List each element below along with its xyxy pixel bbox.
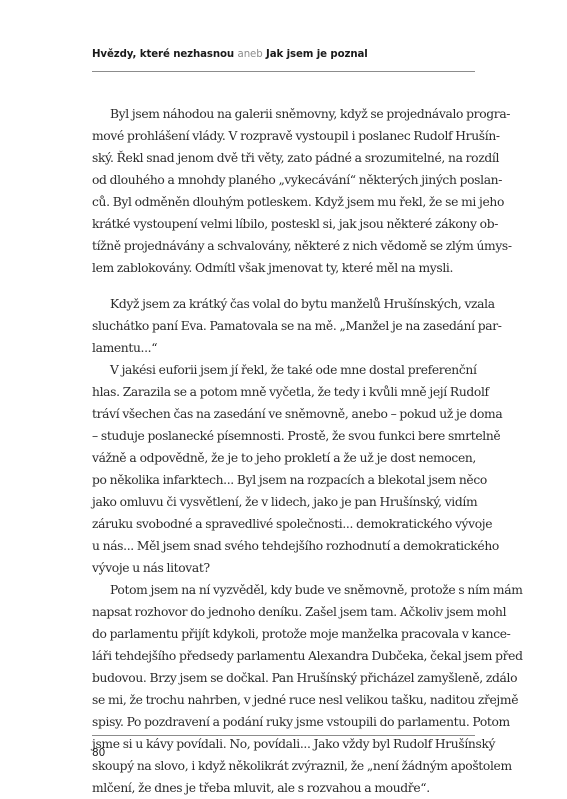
header-rule (92, 71, 475, 72)
paragraph-4: Potom jsem na ní vyzvěděl, kdy bude ve s… (92, 579, 476, 799)
text-line: od dlouhého a mnohdy planého „vykecávání… (92, 169, 476, 191)
text-line: vážně a odpovědně, že je to jeho proklet… (92, 447, 476, 469)
text-line: napsat rozhovor do jednoho deníku. Zašel… (92, 601, 476, 623)
text-line: u nás... Měl jsem snad svého tehdejšího … (92, 535, 476, 557)
text-line: tížně projednávány a schvalovány, někter… (92, 235, 476, 257)
text-line: krátké vystoupení velmi líbilo, posteskl… (92, 213, 476, 235)
text-line: sluchátko paní Eva. Pamatovala se na mě.… (92, 315, 476, 337)
text-line: vývoje u nás litovat? (92, 557, 476, 579)
text-line: mové prohlášení vlády. V rozpravě vystou… (92, 125, 476, 147)
footer-rule (92, 735, 475, 736)
text-line: V jakési euforii jsem jí řekl, že také o… (92, 359, 476, 381)
text-line: do parlamentu přijít kdykoli, protože mo… (92, 623, 476, 645)
page-number: 80 (92, 747, 105, 759)
book-title: Hvězdy, které nezhasnou (92, 49, 234, 60)
text-line: lem zablokovány. Odmítl však jmenovat ty… (92, 257, 476, 279)
text-line: budovou. Brzy jsem se dočkal. Pan Hrušín… (92, 667, 476, 689)
text-line: jsme si u kávy povídali. No, povídali...… (92, 733, 476, 755)
title-separator: aneb (238, 49, 263, 60)
book-subtitle: Jak jsem je poznal (266, 49, 368, 60)
text-line: lamentu...“ (92, 337, 476, 359)
text-line: Když jsem za krátký čas volal do bytu ma… (92, 293, 476, 315)
body-text: Byl jsem náhodou na galerii sněmovny, kd… (92, 103, 476, 799)
text-line: ců. Byl odměněn dlouhým potleskem. Když … (92, 191, 476, 213)
paragraph-3: V jakési euforii jsem jí řekl, že také o… (92, 359, 476, 579)
text-line: – studuje poslanecké písemnosti. Prostě,… (92, 425, 476, 447)
text-line: Potom jsem na ní vyzvěděl, kdy bude ve s… (92, 579, 476, 601)
text-line: Byl jsem náhodou na galerii sněmovny, kd… (92, 103, 476, 125)
running-head: Hvězdy, které nezhasnou aneb Jak jsem je… (92, 49, 476, 60)
text-line: mlčení, že dnes je třeba mluvit, ale s r… (92, 777, 476, 799)
text-line: záruku svobodné a spravedlivé společnost… (92, 513, 476, 535)
text-line: se mi, že trochu nahrben, v jedné ruce n… (92, 689, 476, 711)
text-line: hlas. Zarazila se a potom mně vyčetla, ž… (92, 381, 476, 403)
text-line: spisy. Po pozdravení a podání ruky jsme … (92, 711, 476, 733)
text-line: ský. Řekl snad jenom dvě tři věty, zato … (92, 147, 476, 169)
text-line: po několika infarktech... Byl jsem na ro… (92, 469, 476, 491)
paragraph-1: Byl jsem náhodou na galerii sněmovny, kd… (92, 103, 476, 279)
book-page: Hvězdy, které nezhasnou aneb Jak jsem je… (0, 0, 567, 799)
text-line: jako omluvu či vysvětlení, že v lidech, … (92, 491, 476, 513)
text-line: skoupý na slovo, i když několikrát zvýra… (92, 755, 476, 777)
text-line: tráví všechen čas na zasedání ve sněmovn… (92, 403, 476, 425)
text-line: láři tehdejšího předsedy parlamentu Alex… (92, 645, 476, 667)
paragraph-2: Když jsem za krátký čas volal do bytu ma… (92, 293, 476, 359)
